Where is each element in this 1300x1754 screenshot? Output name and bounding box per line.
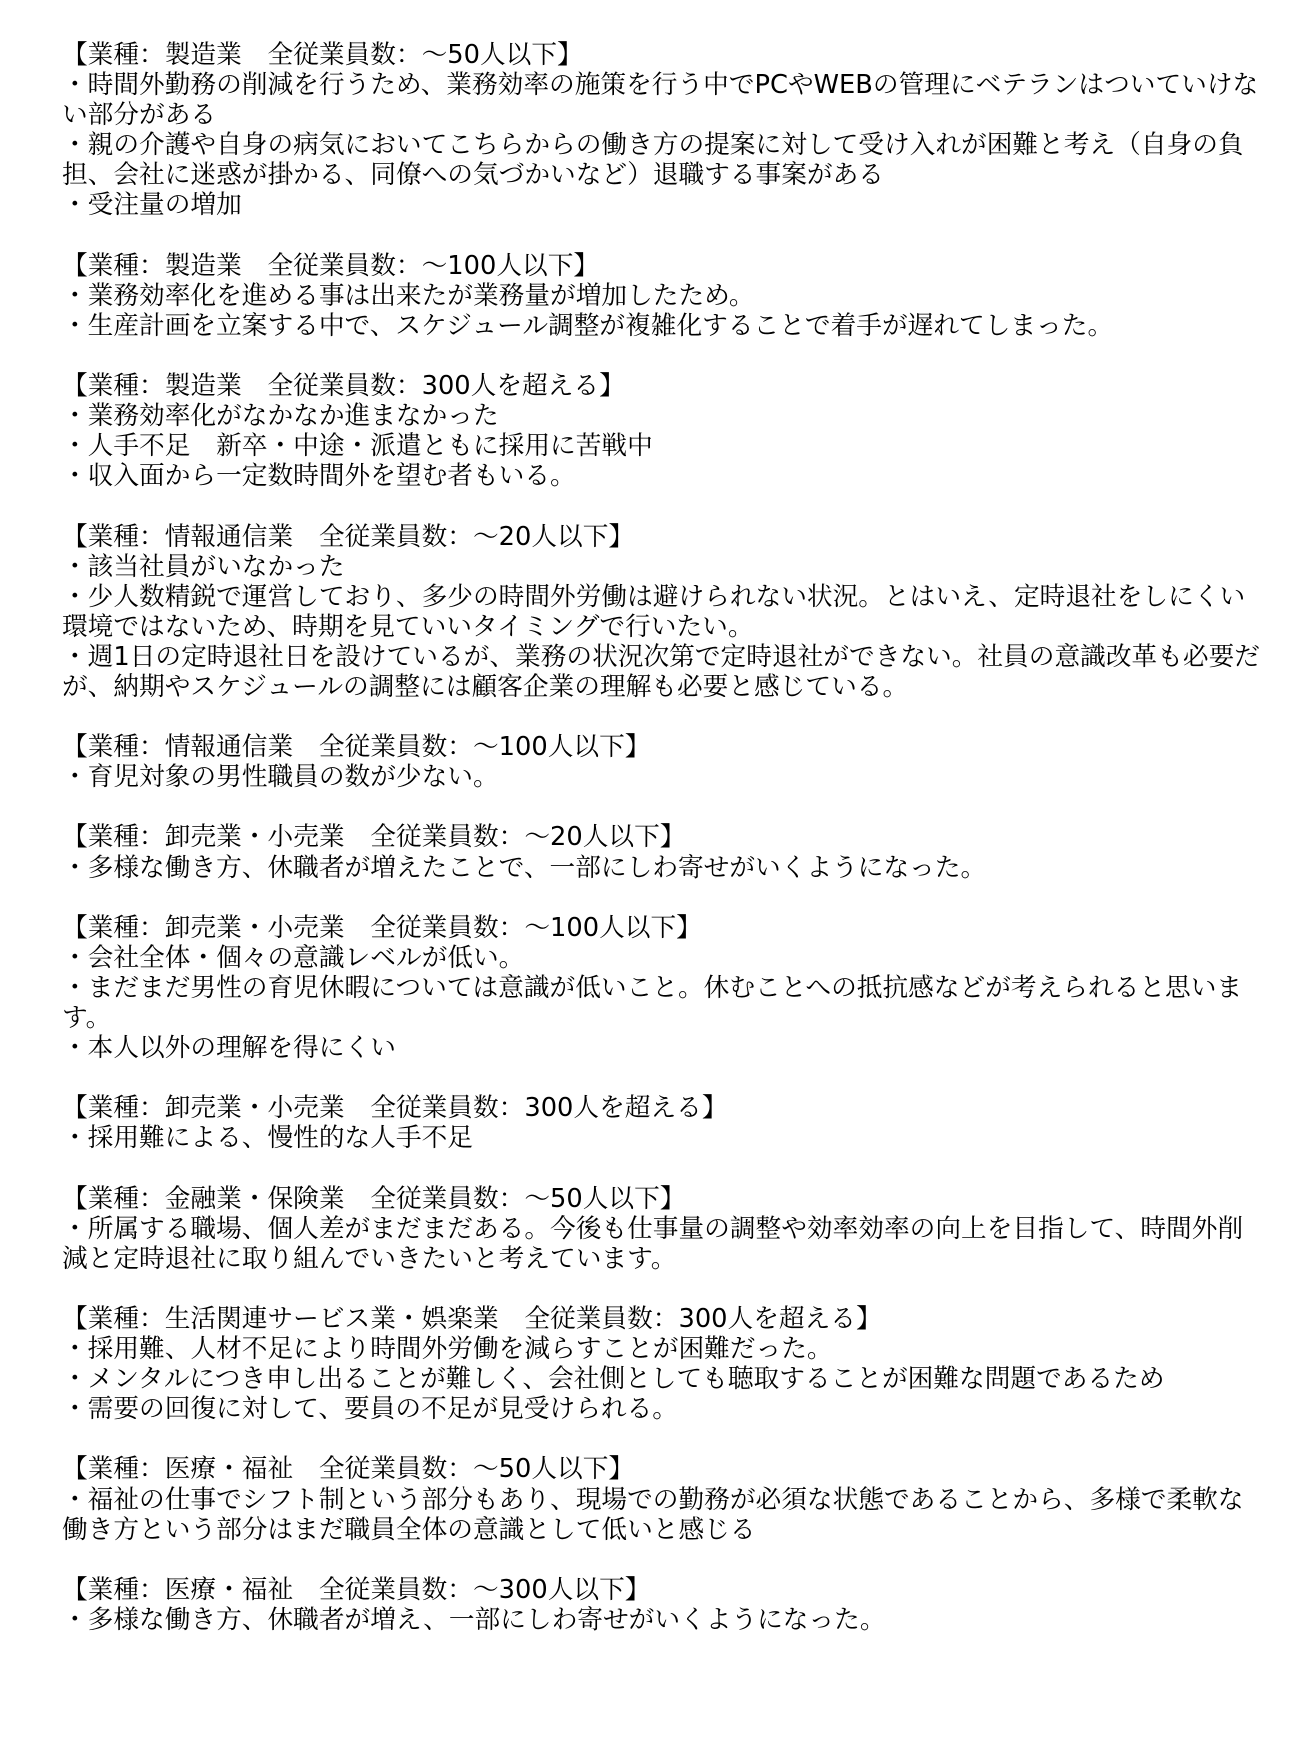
sections-container: 【業種：製造業 全従業員数：～50人以下】 ・時間外勤務の削減を行うため、業務効… <box>62 40 1264 1635</box>
industry-section: 【業種：卸売業・小売業 全従業員数：～100人以下】 ・会社全体・個々の意識レベ… <box>62 913 1264 1063</box>
industry-section: 【業種：医療・福祉 全従業員数：～300人以下】 ・多様な働き方、休職者が増え、… <box>62 1575 1264 1635</box>
industry-section: 【業種：製造業 全従業員数：～50人以下】 ・時間外勤務の削減を行うため、業務効… <box>62 40 1264 221</box>
bullet-item: ・業務効率化がなかなか進まなかった <box>62 401 1264 431</box>
bullet-item: ・親の介護や自身の病気においてこちらからの働き方の提案に対して受け入れが困難と考… <box>62 130 1264 190</box>
bullet-item: ・採用難による、慢性的な人手不足 <box>62 1123 1264 1153</box>
bullet-item: ・業務効率化を進める事は出来たが業務量が増加したため。 <box>62 281 1264 311</box>
bullet-item: ・収入面から一定数時間外を望む者もいる。 <box>62 461 1264 491</box>
industry-section: 【業種：金融業・保険業 全従業員数：～50人以下】 ・所属する職場、個人差がまだ… <box>62 1184 1264 1274</box>
industry-section: 【業種：医療・福祉 全従業員数：～50人以下】 ・福祉の仕事でシフト制という部分… <box>62 1454 1264 1544</box>
bullet-item: ・人手不足 新卒・中途・派遣ともに採用に苦戦中 <box>62 431 1264 461</box>
bullet-item: ・受注量の増加 <box>62 190 1264 220</box>
industry-section: 【業種：卸売業・小売業 全従業員数：300人を超える】 ・採用難による、慢性的な… <box>62 1093 1264 1153</box>
bullet-item: ・時間外勤務の削減を行うため、業務効率の施策を行う中でPCやWEBの管理にベテラ… <box>62 70 1264 130</box>
section-heading: 【業種：卸売業・小売業 全従業員数：～100人以下】 <box>62 913 1264 943</box>
section-heading: 【業種：卸売業・小売業 全従業員数：～20人以下】 <box>62 822 1264 852</box>
industry-section: 【業種：生活関連サービス業・娯楽業 全従業員数：300人を超える】 ・採用難、人… <box>62 1304 1264 1424</box>
document-page: 【業種：製造業 全従業員数：～50人以下】 ・時間外勤務の削減を行うため、業務効… <box>0 0 1264 1635</box>
section-heading: 【業種：情報通信業 全従業員数：～100人以下】 <box>62 732 1264 762</box>
section-heading: 【業種：卸売業・小売業 全従業員数：300人を超える】 <box>62 1093 1264 1123</box>
bullet-item: ・メンタルにつき申し出ることが難しく、会社側としても聴取することが困難な問題であ… <box>62 1364 1264 1394</box>
bullet-item: ・多様な働き方、休職者が増えたことで、一部にしわ寄せがいくようになった。 <box>62 853 1264 883</box>
section-heading: 【業種：製造業 全従業員数：300人を超える】 <box>62 371 1264 401</box>
bullet-item: ・生産計画を立案する中で、スケジュール調整が複雑化することで着手が遅れてしまった… <box>62 311 1264 341</box>
industry-section: 【業種：卸売業・小売業 全従業員数：～20人以下】 ・多様な働き方、休職者が増え… <box>62 822 1264 882</box>
bullet-item: ・育児対象の男性職員の数が少ない。 <box>62 762 1264 792</box>
industry-section: 【業種：情報通信業 全従業員数：～100人以下】 ・育児対象の男性職員の数が少な… <box>62 732 1264 792</box>
bullet-item: ・該当社員がいなかった <box>62 552 1264 582</box>
section-heading: 【業種：情報通信業 全従業員数：～20人以下】 <box>62 522 1264 552</box>
industry-section: 【業種：情報通信業 全従業員数：～20人以下】 ・該当社員がいなかった・少人数精… <box>62 522 1264 703</box>
section-heading: 【業種：金融業・保険業 全従業員数：～50人以下】 <box>62 1184 1264 1214</box>
bullet-item: ・週1日の定時退社日を設けているが、業務の状況次第で定時退社ができない。社員の意… <box>62 642 1264 702</box>
bullet-item: ・所属する職場、個人差がまだまだある。今後も仕事量の調整や効率効率の向上を目指し… <box>62 1214 1264 1274</box>
bullet-item: ・まだまだ男性の育児休暇については意識が低いこと。休むことへの抵抗感などが考えら… <box>62 973 1264 1033</box>
bullet-item: ・採用難、人材不足により時間外労働を減らすことが困難だった。 <box>62 1334 1264 1364</box>
bullet-item: ・本人以外の理解を得にくい <box>62 1033 1264 1063</box>
bullet-item: ・多様な働き方、休職者が増え、一部にしわ寄せがいくようになった。 <box>62 1605 1264 1635</box>
section-heading: 【業種：医療・福祉 全従業員数：～50人以下】 <box>62 1454 1264 1484</box>
section-heading: 【業種：製造業 全従業員数：～50人以下】 <box>62 40 1264 70</box>
bullet-item: ・需要の回復に対して、要員の不足が見受けられる。 <box>62 1394 1264 1424</box>
bullet-item: ・会社全体・個々の意識レベルが低い。 <box>62 943 1264 973</box>
section-heading: 【業種：医療・福祉 全従業員数：～300人以下】 <box>62 1575 1264 1605</box>
industry-section: 【業種：製造業 全従業員数：～100人以下】 ・業務効率化を進める事は出来たが業… <box>62 251 1264 341</box>
section-heading: 【業種：生活関連サービス業・娯楽業 全従業員数：300人を超える】 <box>62 1304 1264 1334</box>
bullet-item: ・福祉の仕事でシフト制という部分もあり、現場での勤務が必須な状態であることから、… <box>62 1485 1264 1545</box>
bullet-item: ・少人数精鋭で運営しており、多少の時間外労働は避けられない状況。とはいえ、定時退… <box>62 582 1264 642</box>
industry-section: 【業種：製造業 全従業員数：300人を超える】 ・業務効率化がなかなか進まなかっ… <box>62 371 1264 491</box>
section-heading: 【業種：製造業 全従業員数：～100人以下】 <box>62 251 1264 281</box>
